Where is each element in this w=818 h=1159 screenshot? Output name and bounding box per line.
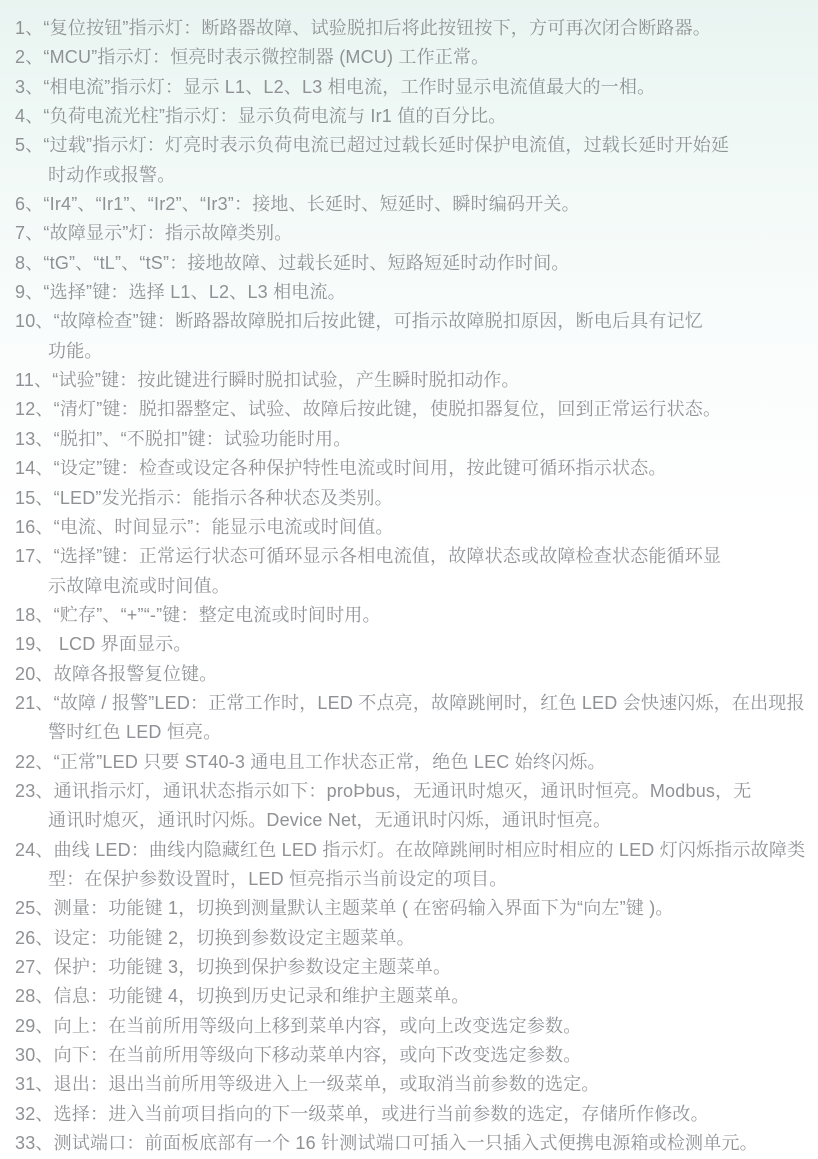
list-item: 2、“MCU”指示灯：恒亮时表示微控制器 (MCU) 工作正常。 [0, 43, 818, 72]
item-number: 29、 [15, 1016, 54, 1036]
list-item: 21、“故障 / 报警”LED：正常工作时，LED 不点亮，故障跳闸时，红色 L… [0, 689, 818, 748]
item-text: 向下：在当前所用等级向下移动菜单内容，或向下改变选定参数。 [54, 1045, 582, 1065]
list-item: 6、“Ir4”、“Ir1”、“Ir2”、“Ir3”：接地、长延时、短延时、瞬时编… [0, 190, 818, 219]
item-text: “设定”键：检查或设定各种保护特性电流或时间用，按此键可循环指示状态。 [54, 458, 667, 478]
item-number: 28、 [15, 986, 54, 1006]
list-item: 24、曲线 LED：曲线内隐藏红色 LED 指示灯。在故障跳闸时相应时相应的 L… [0, 836, 818, 895]
item-number: 3、 [15, 77, 43, 97]
list-item: 14、“设定”键：检查或设定各种保护特性电流或时间用，按此键可循环指示状态。 [0, 454, 818, 483]
item-number: 8、 [15, 253, 43, 273]
item-number: 7、 [15, 223, 43, 243]
item-text: LCD 界面显示。 [54, 634, 192, 654]
list-item: 3、“相电流”指示灯：显示 L1、L2、L3 相电流，工作时显示电流值最大的一相… [0, 73, 818, 102]
item-text: “试验”键：按此键进行瞬时脱扣试验，产生瞬时脱扣动作。 [52, 370, 519, 390]
item-text: “脱扣”、“不脱扣”键：试验功能时用。 [54, 429, 352, 449]
item-number: 17、 [15, 546, 54, 566]
item-text: “Ir4”、“Ir1”、“Ir2”、“Ir3”：接地、长延时、短延时、瞬时编码开… [43, 194, 579, 214]
item-number: 22、 [15, 752, 54, 772]
item-text: “LED”发光指示：能指示各种状态及类别。 [54, 488, 393, 508]
list-item: 22、“正常”LED 只要 ST40-3 通电且工作状态正常，绝色 LEC 始终… [0, 748, 818, 777]
item-text: “选择”键：选择 L1、L2、L3 相电流。 [43, 282, 345, 302]
list-item: 20、故障各报警复位键。 [0, 660, 818, 689]
item-number: 19、 [15, 634, 54, 654]
item-number: 30、 [15, 1045, 54, 1065]
item-number: 11、 [15, 370, 52, 390]
item-number: 1、 [15, 18, 43, 38]
item-text: 向上：在当前所用等级向上移到菜单内容，或向上改变选定参数。 [54, 1016, 582, 1036]
item-text: “正常”LED 只要 ST40-3 通电且工作状态正常，绝色 LEC 始终闪烁。 [54, 752, 606, 772]
list-item: 12、“清灯”键：脱扣器整定、试验、故障后按此键，使脱扣器复位，回到正常运行状态… [0, 395, 818, 424]
item-number: 18、 [15, 605, 54, 625]
item-number: 2、 [15, 47, 43, 67]
list-item: 10、“故障检查”键：断路器故障脱扣后按此键，可指示故障脱扣原因，断电后具有记忆… [0, 307, 818, 366]
item-number: 25、 [15, 898, 54, 918]
item-number: 10、 [15, 311, 54, 331]
list-item: 25、测量：功能键 1，切换到测量默认主题菜单 ( 在密码输入界面下为“向左”键… [0, 894, 818, 923]
item-text: 选择：进入当前项目指向的下一级菜单，或进行当前参数的选定，存储所作修改。 [54, 1104, 709, 1124]
list-item: 30、向下：在当前所用等级向下移动菜单内容，或向下改变选定参数。 [0, 1041, 818, 1070]
item-text: 设定：功能键 2，切换到参数设定主题菜单。 [54, 928, 415, 948]
item-text: 退出：退出当前所用等级进入上一级菜单，或取消当前参数的选定。 [54, 1074, 600, 1094]
list-item: 27、保护：功能键 3，切换到保护参数设定主题菜单。 [0, 953, 818, 982]
item-text: “电流、时间显示”：能显示电流或时间值。 [54, 517, 394, 537]
item-number: 33、 [15, 1133, 54, 1153]
item-text: “相电流”指示灯：显示 L1、L2、L3 相电流，工作时显示电流值最大的一相。 [43, 77, 655, 97]
list-item: 5、“过载”指示灯：灯亮时表示负荷电流已超过过载长延时保护电流值，过载长延时开始… [0, 131, 818, 190]
list-item: 9、“选择”键：选择 L1、L2、L3 相电流。 [0, 278, 818, 307]
item-number: 4、 [15, 106, 43, 126]
item-text: “MCU”指示灯：恒亮时表示微控制器 (MCU) 工作正常。 [43, 47, 489, 67]
item-text: “过载”指示灯：灯亮时表示负荷电流已超过过载长延时保护电流值，过载长延时开始延 … [43, 135, 729, 184]
item-text: “负荷电流光柱”指示灯：显示负荷电流与 Ir1 值的百分比。 [43, 106, 506, 126]
list-item: 23、通讯指示灯，通讯状态指示如下：proÞbus，无通讯时熄灭，通讯时恒亮。M… [0, 777, 818, 836]
item-number: 27、 [15, 957, 54, 977]
item-text: “清灯”键：脱扣器整定、试验、故障后按此键，使脱扣器复位，回到正常运行状态。 [54, 399, 722, 419]
item-number: 32、 [15, 1104, 54, 1124]
list-item: 11、“试验”键：按此键进行瞬时脱扣试验，产生瞬时脱扣动作。 [0, 366, 818, 395]
item-text: “选择”键：正常运行状态可循环显示各相电流值，故障状态或故障检查状态能循环显 示… [48, 546, 721, 595]
item-number: 23、 [15, 781, 54, 801]
item-number: 15、 [15, 488, 54, 508]
list-item: 19、 LCD 界面显示。 [0, 630, 818, 659]
item-text: 信息：功能键 4，切换到历史记录和维护主题菜单。 [54, 986, 470, 1006]
item-number: 24、 [15, 840, 54, 860]
item-text: “故障 / 报警”LED：正常工作时，LED 不点亮，故障跳闸时，红色 LED … [48, 693, 805, 742]
item-number: 16、 [15, 517, 54, 537]
list-item: 18、“贮存”、“+”“-”键：整定电流或时间时用。 [0, 601, 818, 630]
item-number: 14、 [15, 458, 54, 478]
item-text: 测量：功能键 1，切换到测量默认主题菜单 ( 在密码输入界面下为“向左”键 )。 [54, 898, 674, 918]
item-text: 测试端口：前面板底部有一个 16 针测试端口可插入一只插入式便携电源箱或检测单元… [54, 1133, 758, 1153]
item-text: “贮存”、“+”“-”键：整定电流或时间时用。 [54, 605, 381, 625]
list-item: 26、设定：功能键 2，切换到参数设定主题菜单。 [0, 924, 818, 953]
item-number: 9、 [15, 282, 43, 302]
list-item: 7、“故障显示”灯：指示故障类别。 [0, 219, 818, 248]
instruction-manual-page: 1、“复位按钮”指示灯：断路器故障、试验脱扣后将此按钮按下，方可再次闭合断路器。… [0, 0, 818, 1159]
list-item: 29、向上：在当前所用等级向上移到菜单内容，或向上改变选定参数。 [0, 1012, 818, 1041]
item-text: “故障检查”键：断路器故障脱扣后按此键，可指示故障脱扣原因，断电后具有记忆 功能… [48, 311, 703, 360]
list-item: 8、“tG”、“tL”、“tS”：接地故障、过载长延时、短路短延时动作时间。 [0, 249, 818, 278]
item-text: “tG”、“tL”、“tS”：接地故障、过载长延时、短路短延时动作时间。 [43, 253, 569, 273]
item-text: “故障显示”灯：指示故障类别。 [43, 223, 292, 243]
item-text: “复位按钮”指示灯：断路器故障、试验脱扣后将此按钮按下，方可再次闭合断路器。 [43, 18, 711, 38]
item-text: 通讯指示灯，通讯状态指示如下：proÞbus，无通讯时熄灭，通讯时恒亮。Modb… [48, 781, 752, 830]
item-text: 曲线 LED：曲线内隐藏红色 LED 指示灯。在故障跳闸时相应时相应的 LED … [48, 840, 805, 889]
list-item: 17、“选择”键：正常运行状态可循环显示各相电流值，故障状态或故障检查状态能循环… [0, 542, 818, 601]
list-item: 33、测试端口：前面板底部有一个 16 针测试端口可插入一只插入式便携电源箱或检… [0, 1129, 818, 1158]
list-item: 28、信息：功能键 4，切换到历史记录和维护主题菜单。 [0, 982, 818, 1011]
item-number: 12、 [15, 399, 54, 419]
item-number: 21、 [15, 693, 54, 713]
list-item: 4、“负荷电流光柱”指示灯：显示负荷电流与 Ir1 值的百分比。 [0, 102, 818, 131]
item-number: 6、 [15, 194, 43, 214]
item-number: 13、 [15, 429, 54, 449]
instruction-list: 1、“复位按钮”指示灯：断路器故障、试验脱扣后将此按钮按下，方可再次闭合断路器。… [0, 14, 818, 1158]
item-number: 31、 [15, 1074, 54, 1094]
item-text: 故障各报警复位键。 [54, 664, 218, 684]
list-item: 31、退出：退出当前所用等级进入上一级菜单，或取消当前参数的选定。 [0, 1070, 818, 1099]
list-item: 16、“电流、时间显示”：能显示电流或时间值。 [0, 513, 818, 542]
item-text: 保护：功能键 3，切换到保护参数设定主题菜单。 [54, 957, 452, 977]
item-number: 20、 [15, 664, 54, 684]
list-item: 15、“LED”发光指示：能指示各种状态及类别。 [0, 484, 818, 513]
list-item: 13、“脱扣”、“不脱扣”键：试验功能时用。 [0, 425, 818, 454]
item-number: 26、 [15, 928, 54, 948]
list-item: 1、“复位按钮”指示灯：断路器故障、试验脱扣后将此按钮按下，方可再次闭合断路器。 [0, 14, 818, 43]
list-item: 32、选择：进入当前项目指向的下一级菜单，或进行当前参数的选定，存储所作修改。 [0, 1100, 818, 1129]
item-number: 5、 [15, 135, 43, 155]
